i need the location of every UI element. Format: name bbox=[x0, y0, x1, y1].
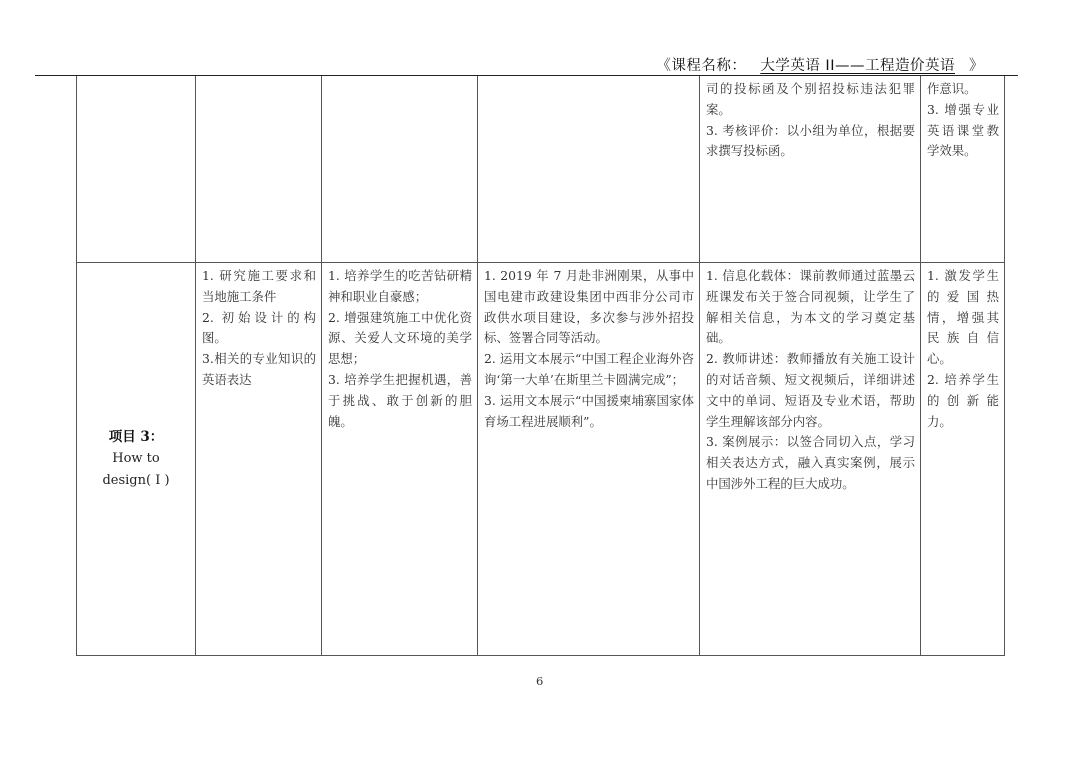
table-row-project-3: 项目 3： How to design( Ⅰ ) 1. 研究施工要求和当地施工条… bbox=[77, 263, 1005, 656]
cell-ideological-goals: 1. 培养学生的吃苦钻研精神和职业自豪感； 2. 增强建筑施工中优化资源、关爱人… bbox=[322, 263, 478, 656]
cell-project bbox=[77, 76, 196, 263]
text-line: 3. 考核评价：以小组为单位，根据要求撰写投标函。 bbox=[706, 121, 915, 163]
page-number: 6 bbox=[536, 674, 543, 688]
text-line: 司的投标函及个别招投标违法犯罪案。 bbox=[706, 79, 915, 121]
text-line: 3. 运用文本展示“中国援柬埔寨国家体育场工程进展顺利”。 bbox=[484, 391, 694, 433]
header-suffix: 》 bbox=[969, 58, 984, 74]
course-name-header: 《课程名称：大学英语 II——工程造价英语》 bbox=[656, 54, 984, 75]
text-line: 1. 2019 年 7 月赴非洲刚果，从事中国电建市政建设集团中西非分公司市政供… bbox=[484, 266, 694, 349]
cell-effects: 作意识。 3. 增强专业英语课堂教学效果。 bbox=[921, 76, 1005, 263]
text-line: 2. 初始设计的构图。 bbox=[202, 308, 316, 350]
cell-cases bbox=[478, 76, 700, 263]
table-row-continued: 司的投标函及个别招投标违法犯罪案。 3. 考核评价：以小组为单位，根据要求撰写投… bbox=[77, 76, 1005, 263]
cell-effects: 1. 激发学生的爱国热情，增强其民族自信心。 2. 培养学生的创新能力。 bbox=[921, 263, 1005, 656]
project-subtitle-2: design( Ⅰ ) bbox=[77, 470, 195, 492]
header-prefix: 《课程名称： bbox=[656, 58, 746, 74]
text-line: 2. 运用文本展示“中国工程企业海外咨询‘第一大单’在斯里兰卡圆满完成”； bbox=[484, 349, 694, 391]
text-line: 1. 研究施工要求和当地施工条件 bbox=[202, 266, 316, 308]
text-line: 2. 教师讲述：教师播放有关施工设计的对话音频、短文视频后，详细讲述文中的单词、… bbox=[706, 349, 915, 432]
cell-methods: 司的投标函及个别招投标违法犯罪案。 3. 考核评价：以小组为单位，根据要求撰写投… bbox=[700, 76, 921, 263]
text-line: 2. 培养学生的创新能力。 bbox=[927, 370, 999, 432]
course-plan-table: 司的投标函及个别招投标违法犯罪案。 3. 考核评价：以小组为单位，根据要求撰写投… bbox=[76, 76, 1005, 656]
project-subtitle-1: How to bbox=[77, 448, 195, 470]
text-line: 作意识。 bbox=[927, 79, 999, 100]
course-name: 大学英语 II——工程造价英语 bbox=[746, 58, 969, 74]
page-header: 《课程名称：大学英语 II——工程造价英语》 bbox=[0, 52, 1080, 76]
text-line: 1. 培养学生的吃苦钻研精神和职业自豪感； bbox=[328, 266, 472, 308]
text-line: 3. 案例展示：以签合同切入点，学习相关表达方式，融入真实案例，展示中国涉外工程… bbox=[706, 432, 915, 494]
cell-knowledge-goals: 1. 研究施工要求和当地施工条件 2. 初始设计的构图。 3.相关的专业知识的英… bbox=[196, 263, 322, 656]
text-line: 3. 培养学生把握机遇，善于挑战、敢于创新的胆魄。 bbox=[328, 370, 472, 432]
cell-methods: 1. 信息化载体：课前教师通过蓝墨云班课发布关于签合同视频，让学生了解相关信息，… bbox=[700, 263, 921, 656]
cell-ideological-goals bbox=[322, 76, 478, 263]
cell-cases: 1. 2019 年 7 月赴非洲刚果，从事中国电建市政建设集团中西非分公司市政供… bbox=[478, 263, 700, 656]
cell-knowledge-goals bbox=[196, 76, 322, 263]
text-line: 1. 信息化载体：课前教师通过蓝墨云班课发布关于签合同视频，让学生了解相关信息，… bbox=[706, 266, 915, 349]
text-line: 2. 增强建筑施工中优化资源、关爱人文环境的美学思想； bbox=[328, 308, 472, 370]
text-line: 1. 激发学生的爱国热情，增强其民族自信心。 bbox=[927, 266, 999, 370]
cell-project: 项目 3： How to design( Ⅰ ) bbox=[77, 263, 196, 656]
text-line: 3. 增强专业英语课堂教学效果。 bbox=[927, 100, 999, 162]
text-line: 3.相关的专业知识的英语表达 bbox=[202, 349, 316, 391]
project-title: 项目 3： bbox=[77, 426, 195, 448]
